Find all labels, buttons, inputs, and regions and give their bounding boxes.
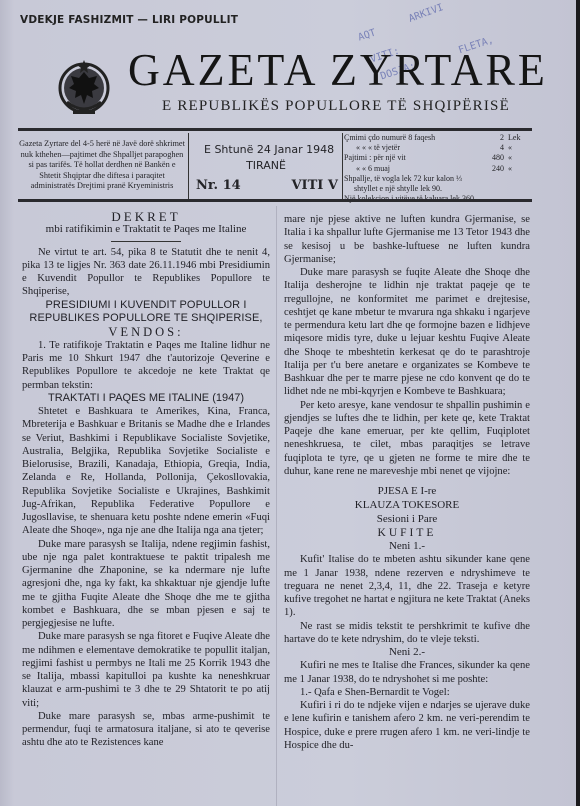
top-rule: [18, 128, 532, 131]
paragraph: Duke mare parasysh se Italija, ndene reg…: [22, 538, 270, 631]
archive-stamp: AQT: [357, 27, 378, 43]
column-divider: [276, 206, 277, 806]
left-column: DEKRET mbi ratifikimin e Traktatit te Pa…: [22, 210, 270, 750]
paragraph: Kufit' Italise do te mbeten ashtu sikund…: [284, 553, 530, 619]
treaty-title: TRAKTATI I PAQES ME ITALINE (1947): [22, 392, 270, 405]
paragraph: Per keto aresye, kane vendosur te shpall…: [284, 399, 530, 479]
paragraph: Duke mare parasysh se, mbas arme-pushimi…: [22, 710, 270, 750]
divider: [342, 133, 343, 199]
albania-coat-of-arms-icon: [55, 58, 113, 120]
paragraph: Duke mare parasysh se fuqite Aleate dhe …: [284, 266, 530, 399]
scan-edge: [576, 0, 580, 806]
paragraph: Shtetet e Bashkuara te Amerikes, Kina, F…: [22, 405, 270, 538]
presidium-heading: PRESIDIUMI I KUVENDIT POPULLOR I REPUBLI…: [22, 299, 270, 326]
publication-notice: Gazeta Zyrtare del 4-5 herë në Javë dorë…: [18, 133, 186, 203]
price-row: Çmimi çdo numurë 8 faqesh2Lek: [344, 133, 534, 143]
gazette-page: VDEKJE FASHIZMIT — LIRI POPULLIT AQT ARK…: [0, 0, 576, 806]
session-heading: Sesioni i Pare: [284, 512, 530, 526]
short-rule: [111, 241, 181, 242]
price-row: Pajtimi : për një vit480«: [344, 153, 534, 163]
paragraph: 1. Te ratifikoje Traktatin e Paqes me It…: [22, 339, 270, 392]
paragraph: Kufiri ne mes te Italise dhe Frances, si…: [284, 659, 530, 686]
decree-subheading: mbi ratifikimin e Traktatit te Paqes me …: [22, 223, 270, 236]
price-list: Çmimi çdo numurë 8 faqesh2Lek « « « të v…: [344, 133, 534, 197]
part-heading: PJESA E I-re: [284, 484, 530, 498]
paragraph: mare nje pjese aktive ne luften kundra G…: [284, 213, 530, 266]
motto: VDEKJE FASHIZMIT — LIRI POPULLIT: [20, 14, 238, 26]
price-note: Shpallje, të vogla lek 72 kur kalon ⅓: [344, 174, 534, 184]
paragraph: Ne rast se midis tekstit te pershkrimit …: [284, 620, 530, 647]
paragraph: Kufiri i ri do te ndjeke vijen e ndarjes…: [284, 699, 530, 752]
clause-heading: KLAUZA TOKESORE: [284, 498, 530, 512]
issue-date: E Shtunë 24 Janar 1948: [204, 145, 334, 156]
paragraph: Duke mare parasysh se nga fitoret e Fuqi…: [22, 630, 270, 710]
vendos-heading: VENDOS:: [22, 326, 270, 339]
issue-volume: VITI V: [291, 181, 338, 192]
archive-stamp: ARKIVI: [407, 2, 445, 25]
price-row: « « « të vjetër4«: [344, 143, 534, 153]
paragraph: Ne virtut te art. 54, pika 8 te Statutit…: [22, 246, 270, 299]
issue-info: E Shtunë 24 Janar 1948 TIRANË Nr. 14 VIT…: [192, 133, 340, 197]
price-note: shtyllet e një shtylle lek 90.: [344, 184, 534, 194]
decree-heading: DEKRET: [22, 210, 270, 223]
masthead-title: GAZETA ZYRTARE: [128, 48, 548, 93]
masthead-subtitle: E REPUBLIKËS POPULLORE TË SHQIPËRISË: [162, 98, 510, 115]
list-item: 1.- Qafa e Shen-Bernardit te Vogel:: [284, 686, 530, 699]
issue-city: TIRANË: [192, 161, 340, 172]
issue-number: Nr. 14: [196, 181, 241, 192]
article-heading: Neni 1.-: [284, 540, 530, 553]
price-row: « « 6 muaj240«: [344, 164, 534, 174]
kufite-heading: KUFITE: [284, 526, 530, 540]
divider: [188, 133, 189, 199]
right-column: mare nje pjese aktive ne luften kundra G…: [284, 213, 530, 752]
article-heading: Neni 2.-: [284, 646, 530, 659]
bottom-rule: [18, 199, 532, 202]
